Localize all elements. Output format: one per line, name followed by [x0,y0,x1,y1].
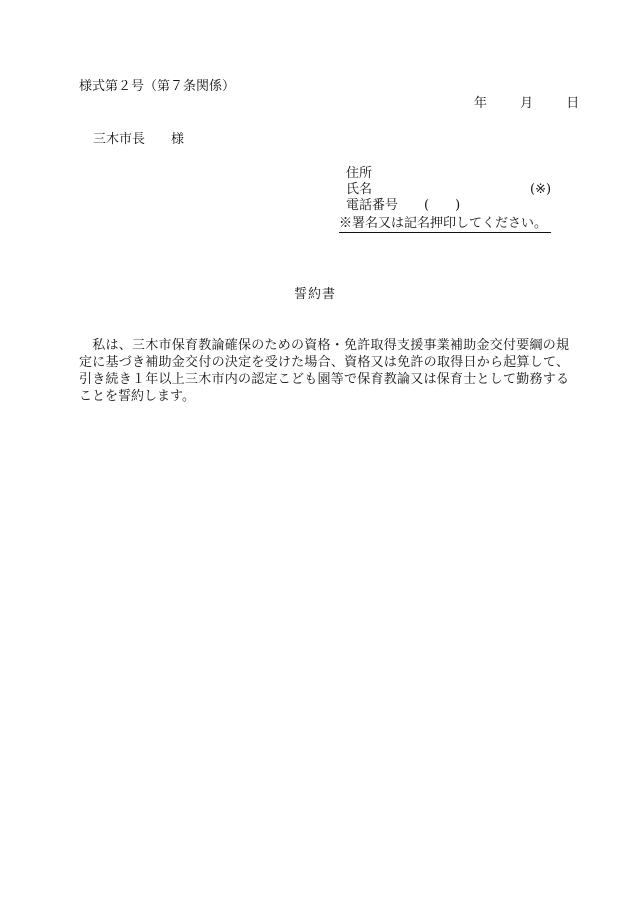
document-title: 誓約書 [0,287,630,303]
address-label: 住所 [346,166,460,182]
form-number: 様式第２号（第７条関係） [79,79,235,95]
body-paragraph: 私は、三木市保育教論確保のための資格・免許取得支援事業補助金交付要綱の規定に基づ… [79,337,569,405]
year-label: 年 [474,96,516,112]
signature-note: ※署名又は記名押印してください。 [339,216,551,233]
phone-label: 電話番号 ( ) [346,198,460,214]
name-label: 氏名 [346,182,460,198]
date-line: 年 月 日 [474,96,579,112]
applicant-block: 住所 氏名 電話番号 ( ) [346,166,460,214]
seal-mark: (※) [530,182,551,198]
day-label: 日 [566,96,579,112]
month-label: 月 [520,96,562,112]
addressee: 三木市長 様 [93,132,184,148]
